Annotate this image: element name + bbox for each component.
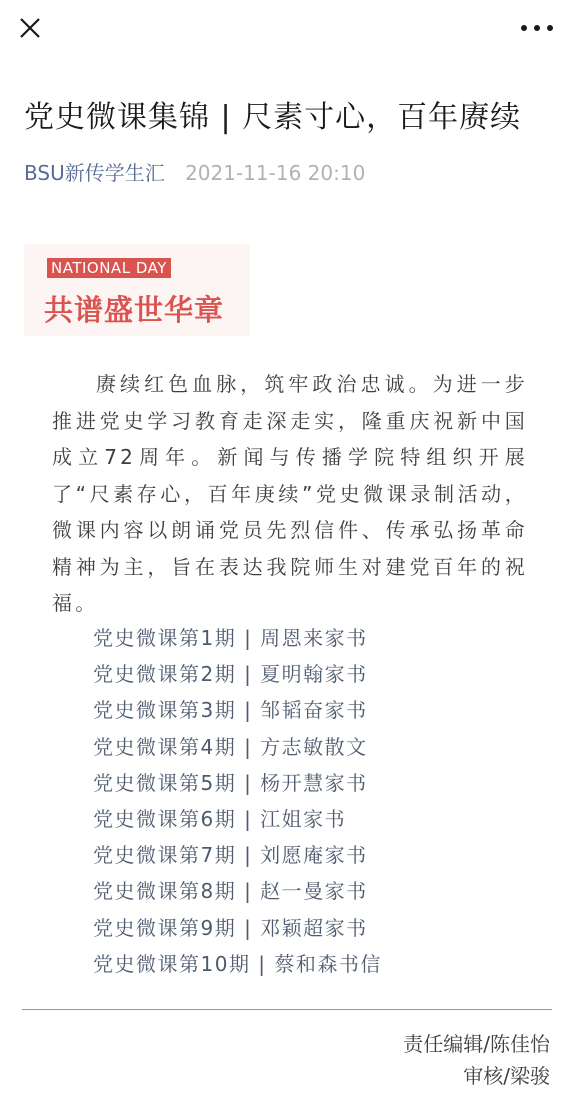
- episode-link[interactable]: 党史微课第6期 | 江姐家书: [93, 801, 382, 837]
- publish-time: 2021-11-16 20:10: [185, 161, 365, 185]
- episode-link[interactable]: 党史微课第8期 | 赵一曼家书: [93, 873, 382, 909]
- national-day-banner: NATIONAL DAY 共谱盛世华章: [24, 244, 250, 336]
- more-button[interactable]: [521, 18, 553, 38]
- episode-link[interactable]: 党史微课第7期 | 刘愿庵家书: [93, 837, 382, 873]
- episode-link[interactable]: 党史微课第4期 | 方志敏散文: [93, 729, 382, 765]
- intro-paragraph: 赓续红色血脉，筑牢政治忠诚。为进一步推进党史学习教育走深走实，隆重庆祝新中国成立…: [52, 366, 528, 622]
- episode-link[interactable]: 党史微课第1期 | 周恩来家书: [93, 620, 382, 656]
- editor-credit: 责任编辑/陈佳怡: [403, 1028, 550, 1060]
- episode-link[interactable]: 党史微课第5期 | 杨开慧家书: [93, 765, 382, 801]
- article-title: 党史微课集锦 | 尺素寸心，百年赓续: [24, 92, 521, 136]
- reviewer-credit: 审核/梁骏: [403, 1060, 550, 1092]
- section-divider: [22, 1009, 552, 1010]
- episode-link[interactable]: 党史微课第3期 | 邹韬奋家书: [93, 692, 382, 728]
- close-button[interactable]: [16, 14, 44, 42]
- episode-link[interactable]: 党史微课第2期 | 夏明翰家书: [93, 656, 382, 692]
- episode-link[interactable]: 党史微课第9期 | 邓颖超家书: [93, 910, 382, 946]
- top-bar: [0, 0, 575, 60]
- close-icon: [16, 14, 44, 42]
- credits: 责任编辑/陈佳怡 审核/梁骏: [403, 1028, 550, 1092]
- account-name-link[interactable]: BSU新传学生汇: [24, 161, 165, 185]
- banner-tag: NATIONAL DAY: [47, 258, 171, 278]
- more-horizontal-icon: [521, 25, 527, 31]
- episode-link[interactable]: 党史微课第10期 | 蔡和森书信: [93, 946, 382, 982]
- article-meta: BSU新传学生汇 2021-11-16 20:10: [24, 157, 365, 186]
- episode-list: 党史微课第1期 | 周恩来家书 党史微课第2期 | 夏明翰家书 党史微课第3期 …: [93, 620, 382, 982]
- banner-headline: 共谱盛世华章: [44, 288, 224, 329]
